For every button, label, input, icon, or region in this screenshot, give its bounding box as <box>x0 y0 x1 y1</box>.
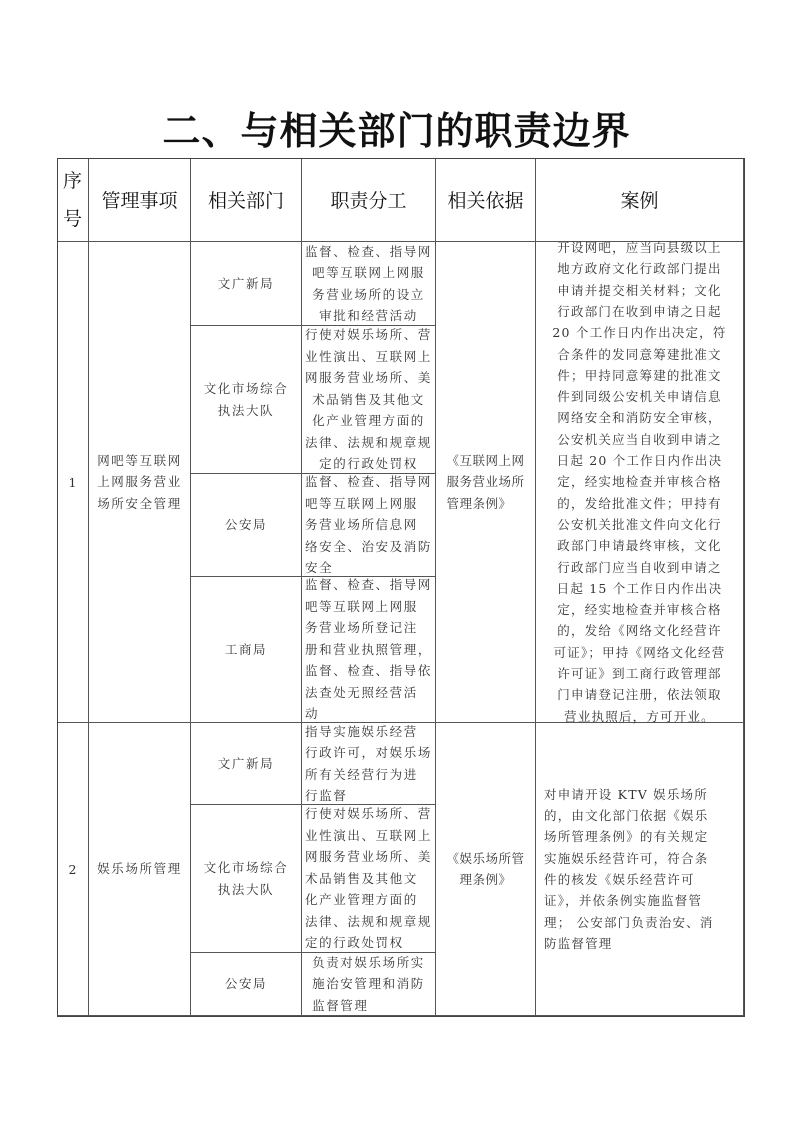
row-2-dept-1-duty: 指导实施娱乐经营 行政许可，对娱乐场 所有关经营行为进 行监督 <box>302 723 436 805</box>
header-seq-line: 号 <box>63 207 82 231</box>
case-line: 行政部门应当自收到申请之 <box>552 557 726 578</box>
duty-line: 行使对娱乐场所、营 <box>305 803 432 825</box>
case-line: 行政部门在收到申请之日起 <box>552 301 726 322</box>
duty-line: 网服务营业场所、美 <box>305 367 432 389</box>
basis-line: 服务营业场所 <box>446 471 524 493</box>
dept-name: 执法大队 <box>204 879 289 901</box>
row-1-dept-3-name: 公安局 <box>191 474 302 577</box>
case-line: 网络安全和消防安全审核， <box>552 407 726 428</box>
duty-line: 负责对娱乐场所实 <box>312 952 425 974</box>
basis-line: 《互联网上网 <box>446 450 524 472</box>
duty-line: 监督、检查、指导网 <box>305 241 432 263</box>
case-line: 的，由文化部门依据《娱乐 <box>544 805 708 826</box>
duty-line: 定的行政处罚权 <box>305 932 404 954</box>
dept-name: 文广新局 <box>218 273 274 295</box>
row-1-basis: 《互联网上网 服务营业场所 管理条例》 <box>436 242 536 723</box>
duty-line: 指导实施娱乐经营 <box>305 721 418 743</box>
dept-name: 文化市场综合 <box>204 857 289 879</box>
header-duty: 职责分工 <box>302 158 436 242</box>
responsibility-table: 序 号 管理事项 相关部门 职责分工 相关依据 案例 1 网吧等互联网 上网服务… <box>57 158 744 1016</box>
case-line: 合条件的发同意筹建批准文 <box>552 344 726 365</box>
duty-line: 业性演出、互联网上 <box>305 825 432 847</box>
case-line: 的，发给《网络文化经营许 <box>552 620 726 641</box>
case-line: 的，发给批准文件；甲持有 <box>552 493 726 514</box>
duty-line: 术品销售及其他文 <box>305 868 418 890</box>
case-line: 公安机关批准文件向文化行 <box>552 514 726 535</box>
row-1-matter: 网吧等互联网 上网服务营业 场所安全管理 <box>89 242 191 723</box>
matter-line: 网吧等互联网 <box>97 450 182 472</box>
duty-line: 络安全、治安及消防 <box>305 536 432 558</box>
duty-line: 网服务营业场所、美 <box>305 846 432 868</box>
row-1-seq: 1 <box>57 242 89 723</box>
duty-line: 务营业场所的设立 <box>305 284 432 306</box>
row-2-case: 对申请开设 KTV 娱乐场所 的，由文化部门依据《娱乐 场所管理条例》的有关规定… <box>536 723 744 1016</box>
matter-line: 场所安全管理 <box>97 493 182 515</box>
duty-line: 务营业场所信息网 <box>305 514 418 536</box>
case-line: 20 个工作日内作出决定，符 <box>552 322 726 343</box>
duty-line: 化产业管理方面的 <box>305 410 432 432</box>
case-line: 日起 20 个工作日内作出决 <box>552 450 726 471</box>
row-2-dept-2-duty: 行使对娱乐场所、营 业性演出、互联网上 网服务营业场所、美 术品销售及其他文 化… <box>302 805 436 953</box>
duty-line: 吧等互联网上网服 <box>305 262 432 284</box>
duty-line: 施治安管理和消防 <box>312 973 425 995</box>
row-2-dept-2-name: 文化市场综合 执法大队 <box>191 805 302 953</box>
duty-line: 所有关经营行为进 <box>305 764 418 786</box>
row-1-dept-1-name: 文广新局 <box>191 242 302 326</box>
row-2-dept-3-duty: 负责对娱乐场所实 施治安管理和消防 监督管理 <box>302 953 436 1016</box>
header-department: 相关部门 <box>191 158 302 242</box>
row-1-dept-2-name: 文化市场综合 执法大队 <box>191 326 302 474</box>
header-matter: 管理事项 <box>89 158 191 242</box>
case-line: 申请并提交相关材料；文化 <box>552 280 726 301</box>
row-1-dept-4-name: 工商局 <box>191 577 302 723</box>
page-title: 二、与相关部门的职责边界 <box>0 100 793 155</box>
matter-line: 上网服务营业 <box>97 471 182 493</box>
row-2-matter: 娱乐场所管理 <box>89 723 191 1016</box>
dept-name: 公安局 <box>225 514 267 536</box>
duty-line: 业性演出、互联网上 <box>305 346 432 368</box>
basis-line: 管理条例》 <box>446 493 511 515</box>
row-2-dept-1-name: 文广新局 <box>191 723 302 805</box>
header-seq: 序 号 <box>57 158 89 242</box>
duty-line: 册和营业执照管理， <box>305 639 432 661</box>
case-line: 证》，并依条例实施监督管 <box>544 890 702 911</box>
case-line: 日起 15 个工作日内作出决 <box>552 578 726 599</box>
duty-line: 行政许可，对娱乐场 <box>305 742 432 764</box>
duty-line: 务营业场所登记注 <box>305 617 418 639</box>
row-2-seq: 2 <box>57 723 89 1016</box>
case-line: 件；甲持同意筹建的批准文 <box>552 365 726 386</box>
case-line: 定，经实地检查并审核合格 <box>552 471 726 492</box>
row-1-dept-1-duty: 监督、检查、指导网 吧等互联网上网服 务营业场所的设立 审批和经营活动 <box>302 242 436 326</box>
case-line: 地方政府文化行政部门提出 <box>552 258 726 279</box>
case-line: 防监督管理 <box>544 933 613 954</box>
duty-line: 吧等互联网上网服 <box>305 596 418 618</box>
duty-line: 法律、法规和规章规 <box>305 432 432 454</box>
duty-line: 化产业管理方面的 <box>305 889 418 911</box>
basis-line: 《娱乐场所管 <box>446 848 524 870</box>
dept-name: 文化市场综合 <box>204 378 289 400</box>
duty-line: 监督、检查、指导网 <box>305 574 432 596</box>
duty-line: 行使对娱乐场所、营 <box>305 324 432 346</box>
case-line: 定，经实地检查并审核合格 <box>552 599 726 620</box>
case-line: 政部门申请最终审核，文化 <box>552 535 726 556</box>
case-line: 实施娱乐经营许可，符合条 <box>544 848 708 869</box>
case-line: 公安机关应当自收到申请之 <box>552 429 726 450</box>
case-line: 理； 公安部门负责治安、消 <box>544 912 714 933</box>
dept-name: 公安局 <box>225 973 267 995</box>
duty-line: 术品销售及其他文 <box>305 389 432 411</box>
dept-name: 文广新局 <box>218 753 274 775</box>
basis-line: 理条例》 <box>459 869 511 891</box>
row-2-basis: 《娱乐场所管 理条例》 <box>436 723 536 1016</box>
case-line: 场所管理条例》的有关规定 <box>544 826 708 847</box>
row-1-dept-4-duty: 监督、检查、指导网 吧等互联网上网服 务营业场所登记注 册和营业执照管理， 监督… <box>302 577 436 723</box>
matter-line: 娱乐场所管理 <box>97 858 182 880</box>
dept-name: 工商局 <box>225 639 267 661</box>
header-case: 案例 <box>536 158 744 242</box>
header-seq-line: 序 <box>63 169 82 193</box>
case-line: 许可证》到工商行政管理部 <box>552 663 726 684</box>
duty-line: 法查处无照经营活 <box>305 682 418 704</box>
case-line: 可证》；甲持《网络文化经营 <box>552 642 726 663</box>
case-line: 门申请登记注册，依法领取 <box>552 684 726 705</box>
duty-line: 吧等互联网上网服 <box>305 493 418 515</box>
case-line: 件到同级公安机关申请信息 <box>552 386 726 407</box>
case-line: 开设网吧，应当向县级以上 <box>552 237 726 258</box>
row-1-case: 开设网吧，应当向县级以上 地方政府文化行政部门提出 申请并提交相关材料；文化 行… <box>536 242 744 723</box>
duty-line: 法律、法规和规章规 <box>305 911 432 933</box>
duty-line: 监督管理 <box>312 995 368 1017</box>
duty-line: 监督、检查、指导依 <box>305 660 432 682</box>
header-basis: 相关依据 <box>436 158 536 242</box>
case-line: 件的核发《娱乐经营许可 <box>544 869 695 890</box>
dept-name: 执法大队 <box>204 400 289 422</box>
row-1-dept-3-duty: 监督、检查、指导网 吧等互联网上网服 务营业场所信息网 络安全、治安及消防 安全 <box>302 474 436 577</box>
duty-line: 监督、检查、指导网 <box>305 471 432 493</box>
row-2-dept-3-name: 公安局 <box>191 953 302 1016</box>
row-1-dept-2-duty: 行使对娱乐场所、营 业性演出、互联网上 网服务营业场所、美 术品销售及其他文 化… <box>302 326 436 474</box>
case-line: 对申请开设 KTV 娱乐场所 <box>544 784 708 805</box>
